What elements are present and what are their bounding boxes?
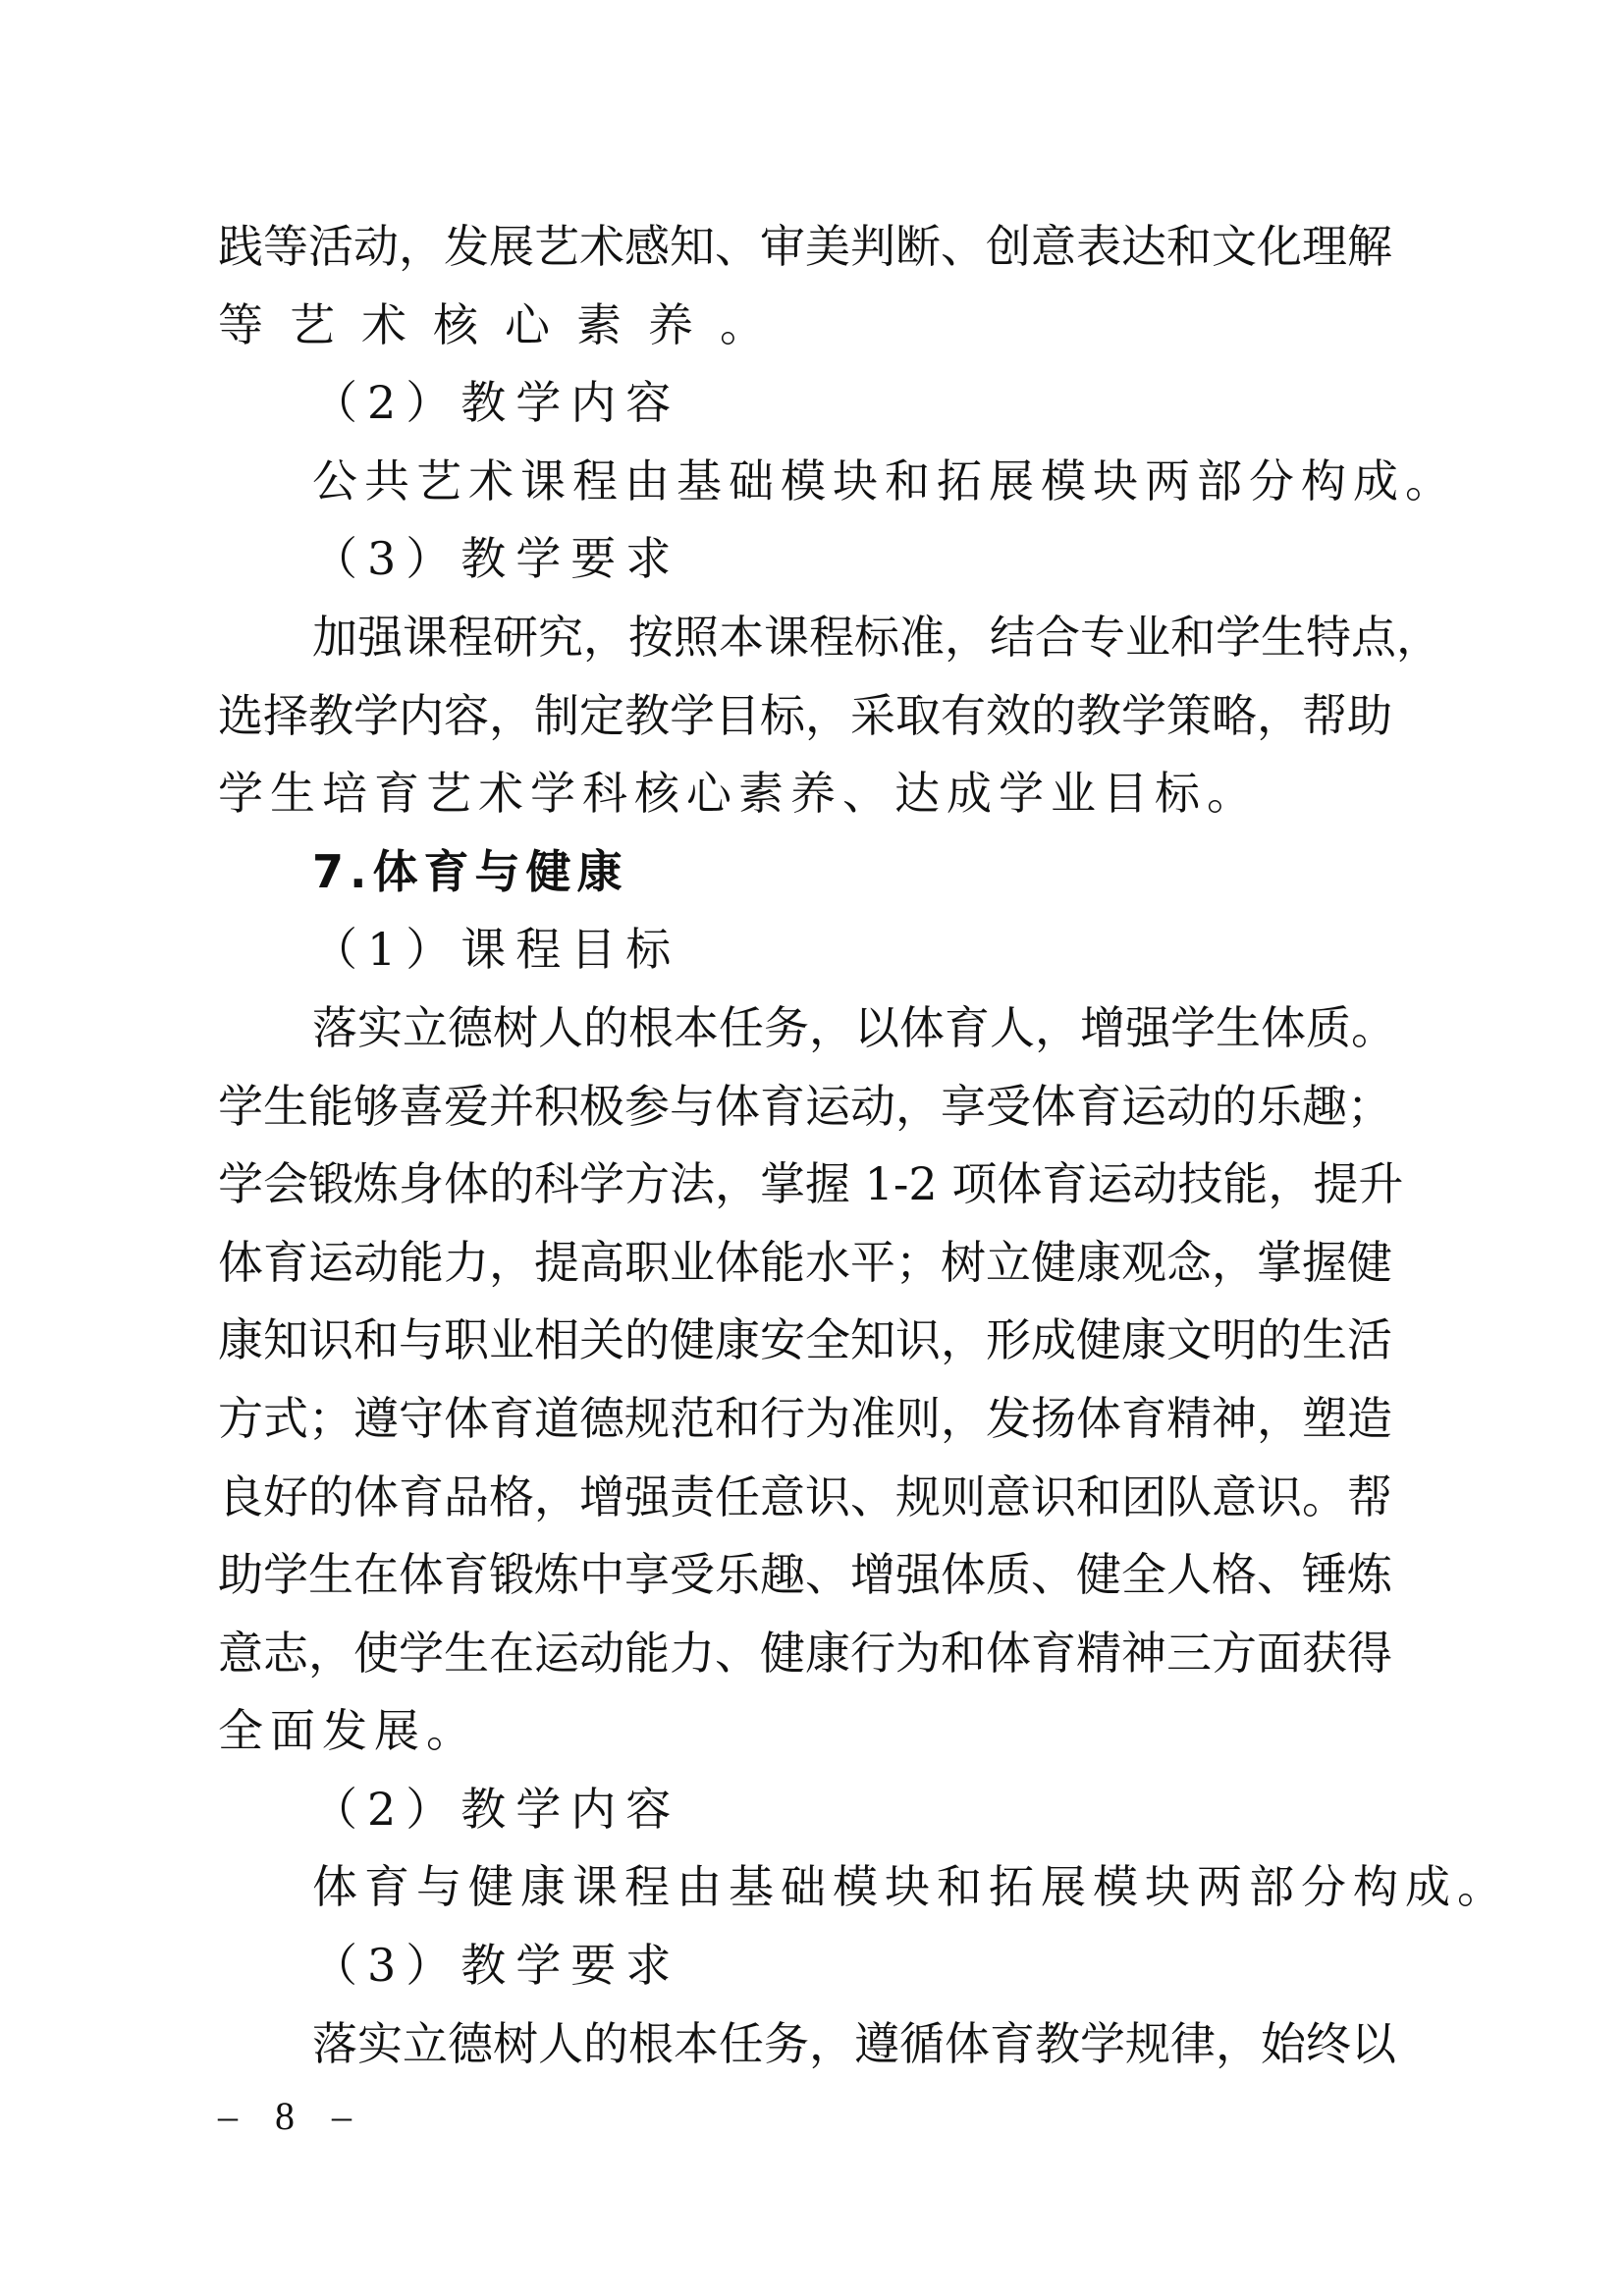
paragraph-line: 落实立德树人的根本任务，遵循体育教学规律，始终以 xyxy=(218,2005,1386,2084)
paragraph-line: 学生能够喜爱并积极参与体育运动，享受体育运动的乐趣； xyxy=(218,1068,1386,1147)
paragraph-line: 意志，使学生在运动能力、健康行为和体育精神三方面获得 xyxy=(218,1615,1386,1693)
page-number: – 8 – xyxy=(218,2093,365,2139)
paragraph-line: 方式；遵守体育道德规范和行为准则，发扬体育精神，塑造 xyxy=(218,1380,1386,1459)
paragraph-line: 践等活动，发展艺术感知、审美判断、创意表达和文化理解 xyxy=(218,208,1386,287)
paragraph-line: 等艺术核心素养。 xyxy=(218,287,1386,365)
subsection-heading: （2）教学内容 xyxy=(218,364,1386,443)
paragraph-line: 学生培育艺术学科核心素养、达成学业目标。 xyxy=(218,755,1386,833)
paragraph-line: 助学生在体育锻炼中享受乐趣、增强体质、健全人格、锤炼 xyxy=(218,1536,1386,1615)
subsection-heading: （3）教学要求 xyxy=(218,1927,1386,2005)
paragraph-line: 落实立德树人的根本任务，以体育人，增强学生体质。 xyxy=(218,989,1386,1068)
paragraph-line: 体育与健康课程由基础模块和拓展模块两部分构成。 xyxy=(218,1848,1386,1927)
subsection-heading: （2）教学内容 xyxy=(218,1771,1386,1849)
paragraph-line: 学会锻炼身体的科学方法，掌握 1-2 项体育运动技能，提升 xyxy=(218,1146,1386,1224)
document-page: 践等活动，发展艺术感知、审美判断、创意表达和文化理解 等艺术核心素养。 （2）教… xyxy=(0,0,1624,2296)
paragraph-line: 全面发展。 xyxy=(218,1692,1386,1771)
paragraph-line: 康知识和与职业相关的健康安全知识，形成健康文明的生活 xyxy=(218,1302,1386,1380)
paragraph-line: 公共艺术课程由基础模块和拓展模块两部分构成。 xyxy=(218,443,1386,521)
subsection-heading: （3）教学要求 xyxy=(218,520,1386,599)
subsection-heading: （1）课程目标 xyxy=(218,911,1386,989)
section-heading: 7.体育与健康 xyxy=(218,833,1386,912)
paragraph-line: 良好的体育品格，增强责任意识、规则意识和团队意识。帮 xyxy=(218,1459,1386,1537)
paragraph-line: 选择教学内容，制定教学目标，采取有效的教学策略，帮助 xyxy=(218,677,1386,756)
paragraph-line: 加强课程研究，按照本课程标准，结合专业和学生特点， xyxy=(218,599,1386,677)
paragraph-line: 体育运动能力，提高职业体能水平；树立健康观念，掌握健 xyxy=(218,1224,1386,1303)
body-text: 践等活动，发展艺术感知、审美判断、创意表达和文化理解 等艺术核心素养。 （2）教… xyxy=(218,208,1386,2083)
